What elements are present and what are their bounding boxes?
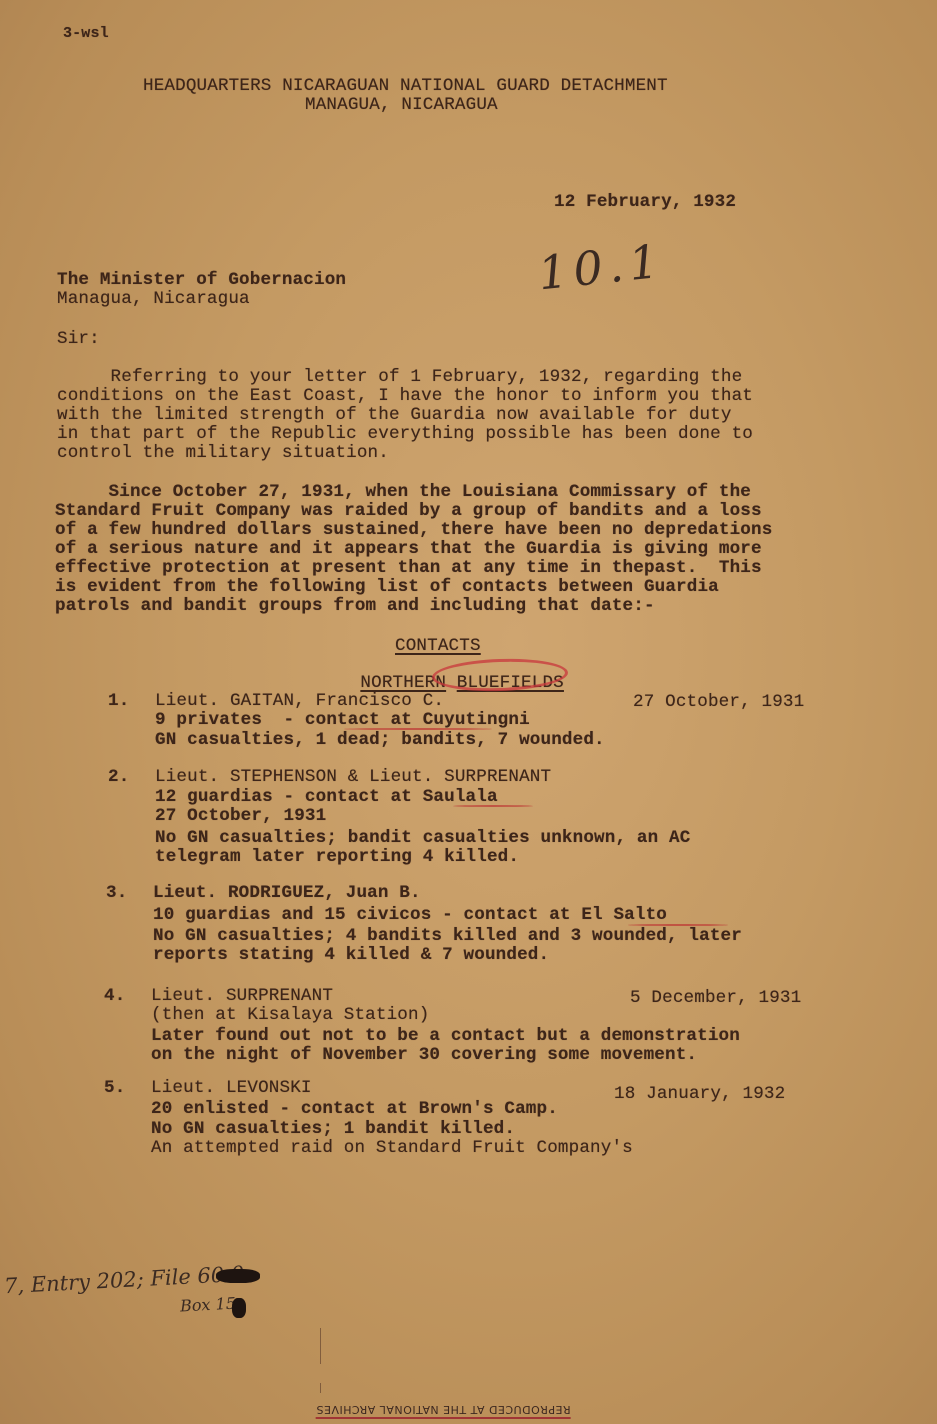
item-officer: Lieut. LEVONSKI bbox=[151, 1079, 312, 1098]
item-line: 10 guardias and 15 civicos - contact at … bbox=[153, 906, 667, 925]
reference-code: 3-wsl bbox=[63, 24, 109, 43]
item-number: 2. bbox=[108, 768, 129, 787]
salutation: Sir: bbox=[57, 330, 100, 349]
item-line: No GN casualties; bandit casualties unkn… bbox=[155, 829, 690, 848]
item-number: 1. bbox=[108, 692, 129, 711]
item-date: 18 January, 1932 bbox=[614, 1085, 785, 1104]
paragraph-line: control the military situation. bbox=[57, 444, 389, 463]
handwritten-file-number: 10.1 bbox=[536, 234, 667, 301]
archive-note-line-2: Box 15 bbox=[180, 1294, 237, 1316]
contacts-heading: CONTACTS bbox=[395, 637, 481, 656]
paragraph-line: conditions on the East Coast, I have the… bbox=[57, 387, 753, 406]
item-number: 4. bbox=[104, 987, 125, 1006]
addressee-line-2: Managua, Nicaragua bbox=[57, 290, 250, 309]
item-date: 5 December, 1931 bbox=[630, 989, 801, 1008]
paragraph-line: of a few hundred dollars sustained, ther… bbox=[55, 521, 772, 540]
fold-mark bbox=[320, 1383, 321, 1393]
paragraph-line: of a serious nature and it appears that … bbox=[55, 540, 762, 559]
item-line: No GN casualties; 4 bandits killed and 3… bbox=[153, 927, 742, 946]
ink-scribble bbox=[216, 1269, 260, 1283]
red-underline bbox=[453, 805, 533, 807]
letterhead-line-1: HEADQUARTERS NICARAGUAN NATIONAL GUARD D… bbox=[143, 77, 668, 96]
paragraph-line: Standard Fruit Company was raided by a g… bbox=[55, 502, 762, 521]
item-line: 9 privates - contact at Cuyutingni bbox=[155, 711, 530, 730]
item-number: 5. bbox=[104, 1079, 125, 1098]
letter-date: 12 February, 1932 bbox=[554, 193, 736, 212]
fold-mark bbox=[320, 1328, 321, 1364]
item-officer: Lieut. SURPRENANT bbox=[151, 987, 333, 1006]
item-line: on the night of November 30 covering som… bbox=[151, 1046, 697, 1065]
archives-stamp: REPRODUCED AT THE NATIONAL ARCHIVES bbox=[316, 1403, 571, 1419]
red-underline bbox=[628, 924, 728, 926]
paragraph-line: patrols and bandit groups from and inclu… bbox=[55, 597, 655, 616]
archive-note-line-1: 7, Entry 202; File 60.0 bbox=[4, 1262, 245, 1299]
paragraph-line: Referring to your letter of 1 February, … bbox=[57, 368, 742, 387]
item-line: 20 enlisted - contact at Brown's Camp. bbox=[151, 1100, 558, 1119]
red-underline bbox=[344, 728, 492, 730]
item-line: An attempted raid on Standard Fruit Comp… bbox=[151, 1139, 633, 1158]
letterhead-line-2: MANAGUA, NICARAGUA bbox=[305, 96, 498, 115]
item-officer: Lieut. RODRIGUEZ, Juan B. bbox=[153, 884, 421, 903]
paragraph-line: is evident from the following list of co… bbox=[55, 578, 719, 597]
ink-scribble bbox=[232, 1298, 246, 1318]
paragraph-line: in that part of the Republic everything … bbox=[57, 425, 753, 444]
item-date: 27 October, 1931 bbox=[633, 693, 804, 712]
item-line: 12 guardias - contact at Saulala bbox=[155, 788, 498, 807]
paragraph-line: with the limited strength of the Guardia… bbox=[57, 406, 732, 425]
item-line: telegram later reporting 4 killed. bbox=[155, 848, 519, 867]
item-officer: Lieut. GAITAN, Francisco C. bbox=[155, 692, 444, 711]
paragraph-line: effective protection at present than at … bbox=[55, 559, 762, 578]
item-number: 3. bbox=[106, 884, 127, 903]
item-line: 27 October, 1931 bbox=[155, 807, 326, 826]
item-line: reports stating 4 killed & 7 wounded. bbox=[153, 946, 549, 965]
item-line: Later found out not to be a contact but … bbox=[151, 1027, 740, 1046]
item-line: No GN casualties; 1 bandit killed. bbox=[151, 1120, 515, 1139]
item-line: (then at Kisalaya Station) bbox=[151, 1006, 429, 1025]
paragraph-line: Since October 27, 1931, when the Louisia… bbox=[55, 483, 751, 502]
item-line: GN casualties, 1 dead; bandits, 7 wounde… bbox=[155, 731, 605, 750]
item-officer: Lieut. STEPHENSON & Lieut. SURPRENANT bbox=[155, 768, 551, 787]
addressee-line-1: The Minister of Gobernacion bbox=[57, 271, 346, 290]
